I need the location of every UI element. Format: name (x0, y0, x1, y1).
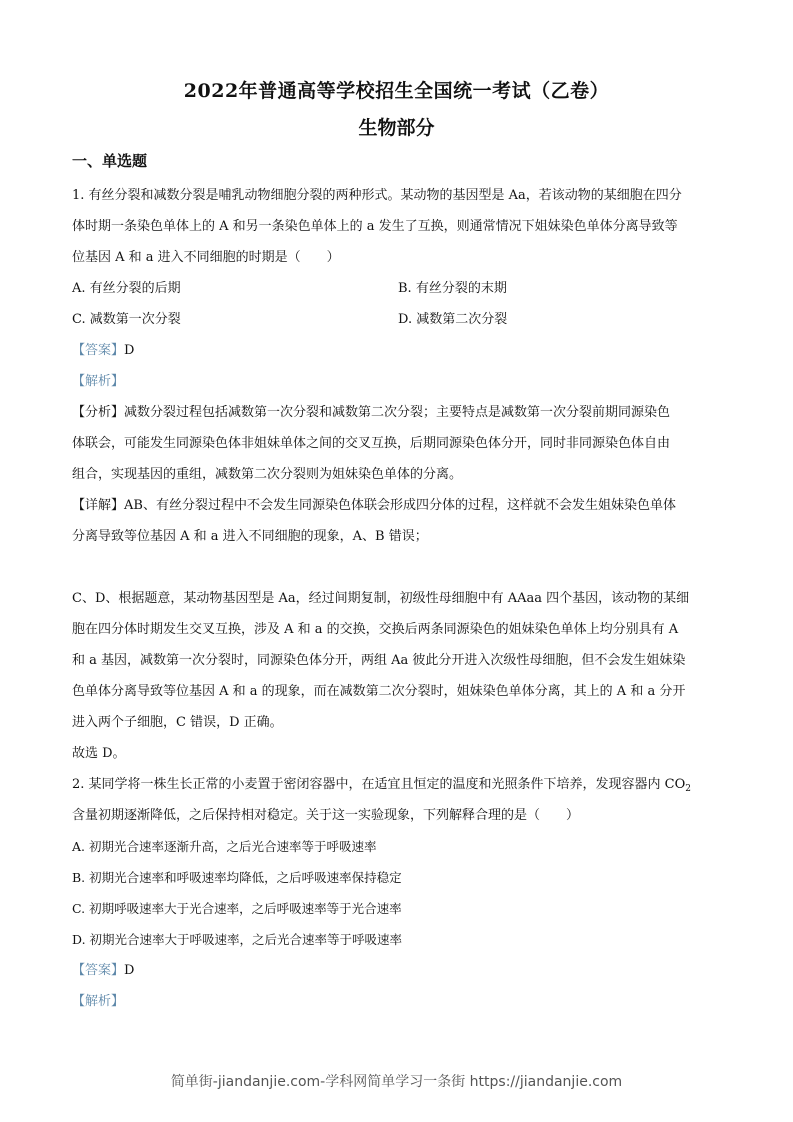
q2-answer: 【答案】D (72, 963, 134, 979)
exam-subtitle: 生物部分 (0, 113, 793, 140)
q1-conclusion: 故选 D。 (72, 746, 126, 762)
q1-answer: 【答案】D (72, 343, 134, 359)
q1-fenxi-line: 组合，实现基因的重组，减数第二次分裂则为姐妹染色单体的分离。 (72, 467, 462, 483)
q1-xiangjie-line: 分离导致等位基因 A 和 a 进入不同细胞的现象，A、B 错误； (72, 529, 428, 545)
q2-option-b: B. 初期光合速率和呼吸速率均降低，之后呼吸速率保持稳定 (72, 870, 402, 886)
q2-option-d: D. 初期光合速率大于呼吸速率，之后光合速率等于呼吸速率 (72, 932, 402, 948)
q2-option-c: C. 初期呼吸速率大于光合速率，之后呼吸速率等于光合速率 (72, 901, 402, 917)
q2-stem-line: 含量初期逐渐降低，之后保持相对稳定。关于这一实验现象，下列解释合理的是（ ） (72, 808, 579, 824)
document-page: 2022年普通高等学校招生全国统一考试（乙卷） 生物部分 一、单选题 1. 有丝… (0, 0, 793, 1122)
q1-fenxi-line: 体联会，可能发生同源染色体非姐妹单体之间的交叉互换，后期同源染色体分开，同时非同… (72, 436, 670, 452)
answer-value: D (124, 963, 134, 978)
q1-cd-line: 进入两个子细胞，C 错误，D 正确。 (72, 715, 283, 731)
q1-stem-line: 体时期一条染色单体上的 A 和另一条染色单体上的 a 发生了互换，则通常情况下姐… (72, 219, 678, 235)
q1-fenxi-line: 【分析】减数分裂过程包括减数第一次分裂和减数第二次分裂；主要特点是减数第一次分裂… (72, 405, 670, 421)
answer-tag: 【答案】 (72, 963, 124, 978)
q1-option-c: C. 减数第一次分裂 (72, 312, 181, 328)
q2-analysis-tag: 【解析】 (72, 994, 124, 1010)
q2-option-a: A. 初期光合速率逐渐升高，之后光合速率等于呼吸速率 (72, 839, 376, 855)
q1-cd-line: 和 a 基因，减数第一次分裂时，同源染色体分开，两组 Aa 彼此分开进入次级性母… (72, 653, 685, 669)
q1-xiangjie-line: 【详解】AB、有丝分裂过程中不会发生同源染色体联会形成四分体的过程，这样就不会发… (72, 498, 676, 514)
fenxi-tag: 【分析】 (72, 405, 124, 420)
analysis-tag: 【解析】 (72, 374, 124, 389)
xiangjie-text: AB、有丝分裂过程中不会发生同源染色体联会形成四分体的过程，这样就不会发生姐妹染… (124, 498, 676, 513)
answer-value: D (124, 343, 134, 358)
section-heading: 一、单选题 (72, 150, 147, 171)
q1-cd-line: 色单体分离导致等位基因 A 和 a 的现象，而在减数第二次分裂时，姐妹染色单体分… (72, 684, 685, 700)
q1-option-d: D. 减数第二次分裂 (398, 312, 507, 328)
exam-title: 2022年普通高等学校招生全国统一考试（乙卷） (0, 76, 793, 103)
q1-stem-line: 位基因 A 和 a 进入不同细胞的时期是（ ） (72, 250, 340, 266)
q1-stem-line: 1. 有丝分裂和减数分裂是哺乳动物细胞分裂的两种形式。某动物的基因型是 Aa，若… (72, 188, 682, 204)
q1-analysis-tag: 【解析】 (72, 374, 124, 390)
q2-stem-line: 2. 某同学将一株生长正常的小麦置于密闭容器中，在适宜且恒定的温度和光照条件下培… (72, 777, 691, 797)
q1-option-b: B. 有丝分裂的末期 (398, 281, 507, 297)
q2-stem-text: 2. 某同学将一株生长正常的小麦置于密闭容器中，在适宜且恒定的温度和光照条件下培… (72, 777, 685, 792)
xiangjie-tag: 【详解】 (72, 498, 124, 513)
footer-watermark: 简单街-jiandanjie.com-学科网简单学习一条街 https://ji… (0, 1071, 793, 1091)
q1-cd-line: C、D、根据题意，某动物基因型是 Aa，经过间期复制，初级性母细胞中有 AAaa… (72, 591, 689, 607)
q2-subscript: 2 (685, 784, 691, 794)
q1-cd-line: 胞在四分体时期发生交叉互换，涉及 A 和 a 的交换，交换后两条同源染色的姐妹染… (72, 622, 678, 638)
q1-option-a: A. 有丝分裂的后期 (72, 281, 181, 297)
analysis-tag: 【解析】 (72, 994, 124, 1009)
answer-tag: 【答案】 (72, 343, 124, 358)
fenxi-text: 减数分裂过程包括减数第一次分裂和减数第二次分裂；主要特点是减数第一次分裂前期同源… (124, 405, 670, 420)
